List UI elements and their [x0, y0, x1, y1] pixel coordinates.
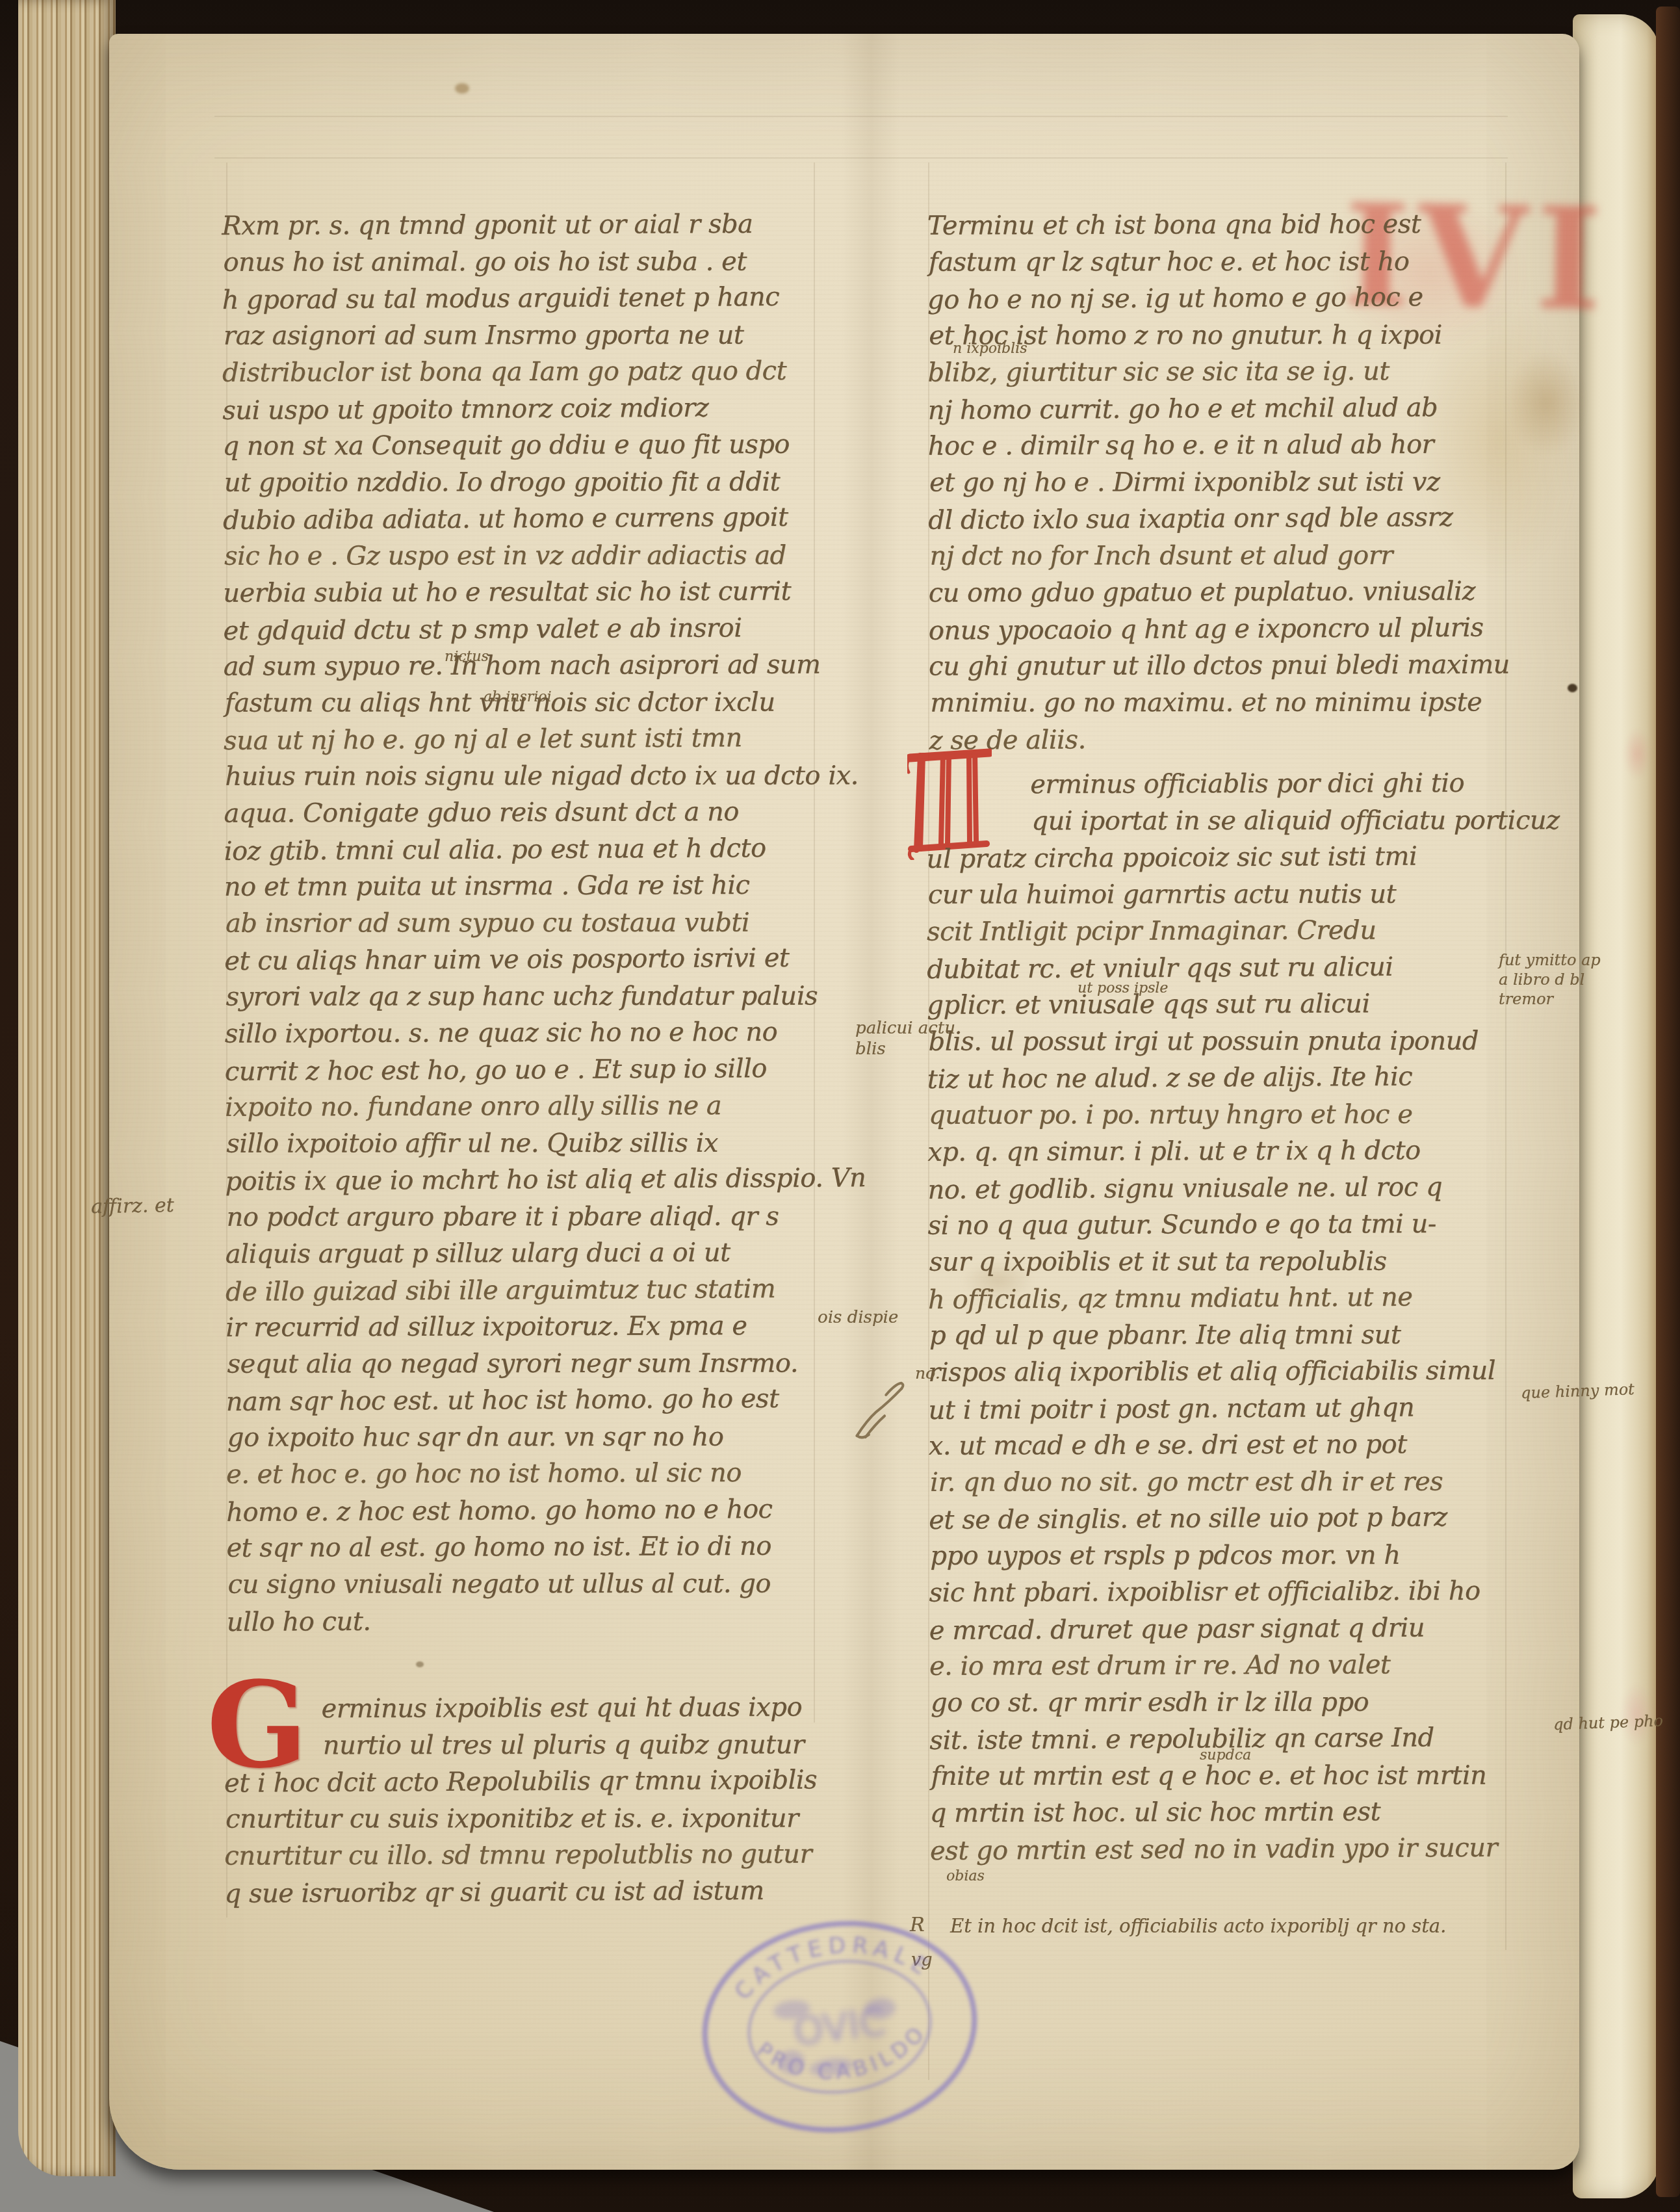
interlinear-right-2: ut poss ipsle	[1078, 980, 1168, 996]
text-line: cnurtitur cu suis ixponitibz et is. e. i…	[226, 1800, 818, 1838]
text-line: nam sqr hoc est. ut hoc ist homo. go ho …	[226, 1380, 866, 1420]
text-line: ixpoito no. fundane onro ally sillis ne …	[225, 1087, 866, 1126]
text-line: cu signo vniusali negato ut ullus al cut…	[228, 1565, 869, 1603]
text-line: blis. ul possut irgi ut possuin pnuta ip…	[928, 1022, 1560, 1060]
text-line: est go mrtin est sed no in vadin ypo ir …	[930, 1829, 1562, 1869]
text-line: qui iportat in se aliquid officiatu port…	[1031, 802, 1559, 840]
text-line: de illo guizad sibi ille arguimtuz tuc s…	[226, 1270, 866, 1310]
text-line: tremor	[1499, 989, 1601, 1009]
text-line: gplicr. et vniusale qqs sut ru alicui	[927, 985, 1558, 1024]
right-fore-edge: 4	[1573, 14, 1660, 2198]
text-line: raz asignori ad sum Insrmo gporta ne ut	[224, 317, 864, 354]
text-line: onus ypocaoio q hnt ag e ixponcro ul plu…	[929, 609, 1510, 649]
ruling-top-2	[214, 157, 1508, 159]
text-line: Terminu et ch ist bona qna bid hoc est	[927, 205, 1508, 244]
text-line: sillo ixportou. s. ne quaz sic ho no e h…	[224, 1013, 865, 1052]
text-line: homo e. z hoc est homo. go homo no e hoc	[226, 1490, 867, 1531]
text-line: mnimiu. go no maximu. et no minimu ipste	[930, 684, 1511, 722]
text-line: p qd ul p que pbanr. Ite aliq tmni sut	[929, 1316, 1561, 1354]
text-line: ul pratz circha ppoicoiz sic sut isti tm…	[926, 837, 1558, 878]
text-line: et gdquid dctu st p smp valet e ab insro…	[223, 609, 864, 649]
text-line: cu ghi gnutur ut illo dctos pnui bledi m…	[929, 646, 1510, 685]
text-line: et go nj ho e . Dirmi ixponiblz sut isti…	[929, 463, 1510, 501]
text-line: Rxm pr. s. qn tmnd gponit ut or aial r s…	[222, 205, 862, 244]
text-line: ppo uypos et rspls p pdcos mor. vn h	[930, 1537, 1562, 1574]
text-line: sua ut nj ho e. go nj al e let sunt isti…	[224, 719, 864, 759]
text-line: ad sum sypuo re. In hom nach asiprori ad…	[224, 646, 864, 685]
text-line: et se de singlis. et no sille uio pot p …	[929, 1498, 1561, 1539]
text-line: ullo ho cut.	[227, 1600, 868, 1641]
interlinear-right-4: obias	[946, 1868, 985, 1884]
text-line: quatuor po. i po. nrtuy hngro et hoc e	[929, 1096, 1560, 1134]
interlinear-left-2: ab insrioi	[484, 689, 552, 705]
interlinear-right-3: supdca	[1200, 1747, 1251, 1763]
text-line: palicui actu	[855, 1018, 955, 1039]
gutter-note-2: ois dispie	[818, 1308, 898, 1327]
text-line: go co st. qr mrir esdh ir lz illa ppo	[931, 1684, 1562, 1721]
right-margin-note-low: qd hut pe pho	[1553, 1711, 1664, 1734]
text-line: sic ho e . Gz uspo est in vz addir adiac…	[224, 537, 865, 575]
text-line: no podct arguro pbare it i pbare aliqd. …	[227, 1198, 868, 1236]
text-line: z se de aliis.	[929, 719, 1510, 759]
text-line: syrori valz qa z sup hanc uchz fundatur …	[226, 978, 866, 1015]
text-line: cnurtitur cu illo. sd tmnu repolutblis n…	[224, 1836, 817, 1875]
text-line: go ho e no nj se. ig ut homo e go hoc e	[927, 278, 1508, 319]
left-margin-note: affirz. et	[91, 1194, 174, 1218]
text-line: ut i tmi poitr i post gn. nctam ut ghqn	[928, 1388, 1560, 1429]
text-line: aliquis arguat p silluz ularg duci a oi …	[226, 1234, 866, 1273]
text-line: nurtio ul tres ul pluris q quibz gnutur	[323, 1726, 818, 1764]
text-line: nj homo currit. go ho e et mchil alud ab	[927, 389, 1508, 429]
text-line: ioz gtib. tmni cul alia. po est nua et h…	[224, 829, 864, 870]
text-line: a libro d bl	[1499, 970, 1601, 989]
left-column-paragraph2: erminus ixpoiblis est qui ht duas ixponu…	[224, 1689, 817, 1911]
manuscript-photo: { "page": { "folio_number_pencil": "4", …	[0, 0, 1680, 2212]
text-line: blis	[855, 1039, 955, 1060]
text-line: sic hnt pbari. ixpoiblisr et officialibz…	[929, 1572, 1560, 1611]
text-line: ir recurrid ad silluz ixpoitoruz. Ex pma…	[226, 1307, 866, 1346]
text-line: sequt alia qo negad syrori negr sum Insr…	[227, 1345, 868, 1383]
text-line: no et tmn puita ut insrma . Gda re ist h…	[224, 866, 865, 905]
text-line: erminus officiablis por dici ghi tio	[1030, 764, 1558, 803]
left-column-text: Rxm pr. s. qn tmnd gponit ut or aial r s…	[222, 205, 868, 1640]
text-line: sur q ixpoiblis et it sut ta repolublis	[929, 1243, 1561, 1281]
text-line: dubitat rc. et vniulr qqs sut ru alicui	[927, 948, 1559, 988]
text-line: poitis ix que io mchrt ho ist aliq et al…	[225, 1160, 866, 1200]
text-line: ab insrior ad sum sypuo cu tostaua vubti	[226, 904, 866, 942]
right-column-paragraph2: erminus officiablis por dici ghi tioqui …	[926, 764, 1562, 1868]
right-margin-note: fut ymitto apa libro d bltremor	[1499, 950, 1601, 1009]
text-line: sui uspo ut gpoito tmnorz coiz mdiorz	[222, 389, 863, 429]
text-line: fut ymitto ap	[1499, 950, 1601, 970]
text-line: et i hoc dcit acto Repolubilis qr tmnu i…	[224, 1762, 817, 1802]
text-line: scit Intligit pcipr Inmaginar. Credu	[927, 911, 1558, 950]
text-line: e. et hoc e. go hoc no ist homo. ul sic …	[226, 1454, 867, 1493]
right-column-text: Terminu et ch ist bona qna bid hoc estfa…	[927, 205, 1510, 759]
text-line: et cu aliqs hnar uim ve ois posporto isr…	[224, 939, 865, 980]
text-line: no. et godlib. signu vniusale ne. ul roc…	[927, 1168, 1560, 1208]
text-line: rispos aliq ixporiblis et aliq officiabi…	[928, 1352, 1560, 1391]
text-line: si no q qua gutur. Scundo e qo ta tmi u-	[927, 1205, 1559, 1244]
text-line: distribuclor ist bona qa Iam go patz quo…	[222, 352, 863, 391]
text-line: fastum qr lz sqtur hoc e. et hoc ist ho	[929, 243, 1510, 281]
ruling-top-1	[214, 116, 1508, 117]
text-line: cur ula huimoi garnrtis actu nutis ut	[928, 876, 1560, 913]
left-page-edges	[18, 0, 116, 2176]
text-line: tiz ut hoc ne alud. z se de alijs. Ite h…	[927, 1058, 1560, 1098]
text-line: xp. q. qn simur. i pli. ut e tr ix q h d…	[927, 1132, 1559, 1171]
text-line: cu omo gduo gpatuo et puplatuo. vniusali…	[928, 573, 1509, 612]
text-line: huius ruin nois signu ule nigad dcto ix …	[225, 757, 866, 795]
text-line: dl dicto ixlo sua ixaptia onr sqd ble as…	[928, 499, 1509, 539]
text-line: blibz, giurtitur sic se sic ita se ig. u…	[927, 352, 1508, 391]
text-line: et sqr no al est. go homo no ist. Et io …	[226, 1528, 867, 1567]
text-line: go ixpoito huc sqr dn aur. vn sqr no ho	[227, 1418, 868, 1456]
text-line: h officialis, qz tmnu mdiatu hnt. ut ne	[928, 1278, 1560, 1318]
text-line: q mrtin ist hoc. ul sic hoc mrtin est	[930, 1793, 1562, 1832]
text-line: x. ut mcad e dh e se. dri est et no pot	[929, 1425, 1560, 1464]
text-line: onus ho ist animal. go ois ho ist suba .…	[223, 243, 864, 281]
text-line: e mrcad. druret que pasr signat q driu	[929, 1609, 1562, 1649]
text-line: ut gpoitio nzddio. Io drogo gpoitio fit …	[224, 463, 865, 501]
text-line: q sue isruoribz qr si guarit cu ist ad i…	[224, 1872, 817, 1912]
right-leather-binding	[1656, 7, 1680, 2197]
text-line: ir. qn duo no sit. go mctr est dh ir et …	[930, 1463, 1562, 1501]
text-line: e. io mra est drum ir re. Ad no valet	[929, 1646, 1561, 1685]
text-line: erminus ixpoiblis est qui ht duas ixpo	[321, 1689, 816, 1727]
text-line: h gporad su tal modus arguidi tenet p ha…	[222, 278, 862, 319]
nota-mark: no.	[915, 1364, 940, 1383]
text-line: q non st xa Consequit go ddiu e quo fit …	[222, 426, 863, 465]
text-line: aqua. Conigate gduo reis dsunt dct a no	[224, 793, 864, 832]
text-line: dubio adiba adiata. ut homo e currens gp…	[223, 499, 864, 539]
addendum-line: Et in hoc dcit ist, officiabilis acto ix…	[950, 1915, 1446, 1937]
interlinear-right-1: n ixpoiblis	[953, 341, 1027, 357]
text-line: hoc e . dimilr sq ho e. e it n alud ab h…	[928, 426, 1509, 465]
gutter-note: palicui actublis	[855, 1018, 955, 1060]
text-line: nj dct no for Inch dsunt et alud gorr	[929, 537, 1510, 575]
text-line: currit z hoc est ho, go uo e . Et sup io…	[225, 1050, 866, 1090]
interlinear-left-1: nictus	[445, 649, 489, 665]
text-line: uerbia subia ut ho e resultat sic ho ist…	[223, 573, 864, 612]
library-stamp: CATTEDRALE PRO CABILDO OVIC	[684, 1899, 995, 2153]
text-line: sillo ixpoitoio affir ul ne. Quibz silli…	[226, 1125, 867, 1162]
